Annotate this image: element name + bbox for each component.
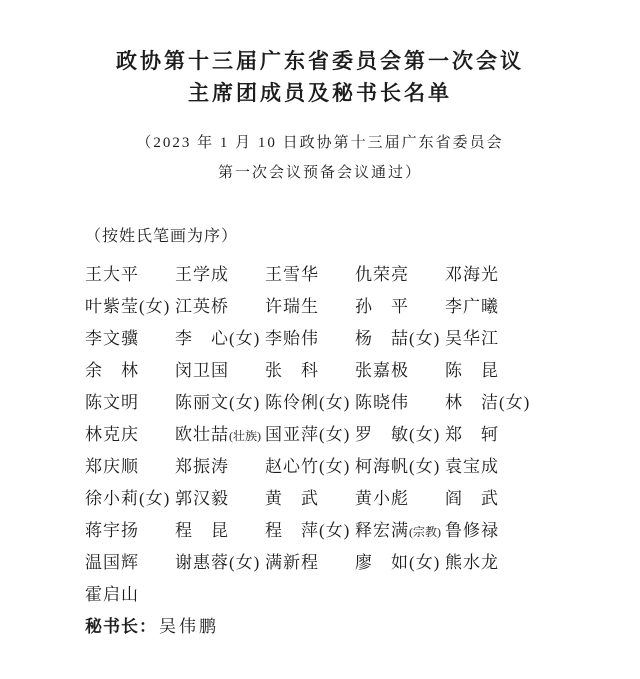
member-name: 郑庆顺 <box>85 452 175 477</box>
member-tag: (壮族) <box>229 429 261 443</box>
member-tag: (女) <box>409 425 440 444</box>
member-name: 熊水龙 <box>445 548 499 573</box>
member-tag: (女) <box>319 457 350 476</box>
roster-row: 林克庆欧壮喆(壮族)国亚萍(女)罗 敏(女)郑 轲 <box>85 416 640 448</box>
member-name: 仇荣亮 <box>355 260 445 285</box>
member-tag: (女) <box>319 393 350 412</box>
member-name: 李文骥 <box>85 324 175 349</box>
member-name: 霍启山 <box>85 580 139 605</box>
member-name: 郑振涛 <box>175 452 265 477</box>
member-name: 程 萍(女) <box>265 516 355 541</box>
member-tag: (女) <box>139 297 170 316</box>
member-name: 袁宝成 <box>445 452 499 477</box>
member-tag: (女) <box>409 553 440 572</box>
doc-title: 政协第十三届广东省委员会第一次会议 主席团成员及秘书长名单 <box>0 0 640 110</box>
member-name: 林 洁(女) <box>445 388 530 413</box>
member-tag: (女) <box>229 553 260 572</box>
member-name: 郑 轲 <box>445 420 499 445</box>
member-name: 阎 武 <box>445 484 499 509</box>
member-name: 郭汉毅 <box>175 484 265 509</box>
member-tag: (女) <box>319 521 350 540</box>
adoption-note: （2023 年 1 月 10 日政协第十三届广东省委员会 第一次会议预备会议通过… <box>0 128 640 188</box>
member-name: 陈伶俐(女) <box>265 388 355 413</box>
member-name: 赵心竹(女) <box>265 452 355 477</box>
member-tag: (女) <box>499 393 530 412</box>
member-name: 蒋宇扬 <box>85 516 175 541</box>
member-name: 温国辉 <box>85 548 175 573</box>
member-name: 廖 如(女) <box>355 548 445 573</box>
member-name: 李 心(女) <box>175 324 265 349</box>
roster-row: 郑庆顺郑振涛赵心竹(女)柯海帆(女)袁宝成 <box>85 448 640 480</box>
member-name: 吴华江 <box>445 324 499 349</box>
doc-title-line2: 主席团成员及秘书长名单 <box>0 76 640 110</box>
member-name: 满新程 <box>265 548 355 573</box>
member-tag: (宗教) <box>409 525 441 539</box>
roster-row: 陈文明陈丽文(女)陈伶俐(女)陈晓伟林 洁(女) <box>85 384 640 416</box>
member-tag: (女) <box>229 393 260 412</box>
member-name: 张 科 <box>265 356 355 381</box>
member-tag: (女) <box>319 425 350 444</box>
member-name: 王学成 <box>175 260 265 285</box>
sort-order-note: （按姓氏笔画为序） <box>85 226 640 248</box>
member-name: 陈文明 <box>85 388 175 413</box>
member-name: 释宏满(宗教) <box>355 516 445 541</box>
member-name: 王大平 <box>85 260 175 285</box>
member-name: 邓海光 <box>445 260 499 285</box>
adoption-note-line1: （2023 年 1 月 10 日政协第十三届广东省委员会 <box>0 128 640 158</box>
member-name: 李广曦 <box>445 292 499 317</box>
member-name: 余 林 <box>85 356 175 381</box>
roster-row: 余 林闵卫国张 科张嘉极陈 昆 <box>85 352 640 384</box>
member-name: 许瑞生 <box>265 292 355 317</box>
member-name: 林克庆 <box>85 420 175 445</box>
member-name: 陈 昆 <box>445 356 499 381</box>
member-name: 黄小彪 <box>355 484 445 509</box>
member-tag: (女) <box>409 457 440 476</box>
member-name: 王雪华 <box>265 260 355 285</box>
member-name: 国亚萍(女) <box>265 420 355 445</box>
secretary-row: 秘书长： 吴伟鹏 <box>85 608 640 640</box>
member-name: 柯海帆(女) <box>355 452 445 477</box>
roster-row: 温国辉谢惠蓉(女)满新程廖 如(女)熊水龙 <box>85 544 640 576</box>
roster-row: 蒋宇扬程 昆程 萍(女)释宏满(宗教)鲁修禄 <box>85 512 640 544</box>
member-name: 鲁修禄 <box>445 516 499 541</box>
member-name: 孙 平 <box>355 292 445 317</box>
member-tag: (女) <box>409 329 440 348</box>
roster-row: 叶紫莹(女)江英桥许瑞生孙 平李广曦 <box>85 288 640 320</box>
member-name: 江英桥 <box>175 292 265 317</box>
member-name: 欧壮喆(壮族) <box>175 420 265 445</box>
member-name: 李贻伟 <box>265 324 355 349</box>
roster-row: 霍启山 <box>85 576 640 608</box>
roster-row: 李文骥李 心(女)李贻伟杨 喆(女)吴华江 <box>85 320 640 352</box>
member-name: 杨 喆(女) <box>355 324 445 349</box>
roster-row: 徐小莉(女)郭汉毅黄 武黄小彪阎 武 <box>85 480 640 512</box>
member-name: 徐小莉(女) <box>85 484 175 509</box>
member-name: 黄 武 <box>265 484 355 509</box>
secretary-label: 秘书长： <box>85 612 157 637</box>
member-name: 闵卫国 <box>175 356 265 381</box>
member-name: 程 昆 <box>175 516 265 541</box>
document-page: 政协第十三届广东省委员会第一次会议 主席团成员及秘书长名单 （2023 年 1 … <box>0 0 640 679</box>
roster-row: 王大平王学成王雪华仇荣亮邓海光 <box>85 256 640 288</box>
member-tag: (女) <box>229 329 260 348</box>
doc-title-line1: 政协第十三届广东省委员会第一次会议 <box>0 0 640 76</box>
member-name: 陈晓伟 <box>355 388 445 413</box>
member-name: 叶紫莹(女) <box>85 292 175 317</box>
roster: 王大平王学成王雪华仇荣亮邓海光叶紫莹(女)江英桥许瑞生孙 平李广曦李文骥李 心(… <box>85 256 640 608</box>
member-name: 张嘉极 <box>355 356 445 381</box>
member-name: 陈丽文(女) <box>175 388 265 413</box>
member-tag: (女) <box>139 489 170 508</box>
member-name: 谢惠蓉(女) <box>175 548 265 573</box>
member-name: 罗 敏(女) <box>355 420 445 445</box>
secretary-name: 吴伟鹏 <box>159 612 219 637</box>
adoption-note-line2: 第一次会议预备会议通过） <box>0 158 640 188</box>
